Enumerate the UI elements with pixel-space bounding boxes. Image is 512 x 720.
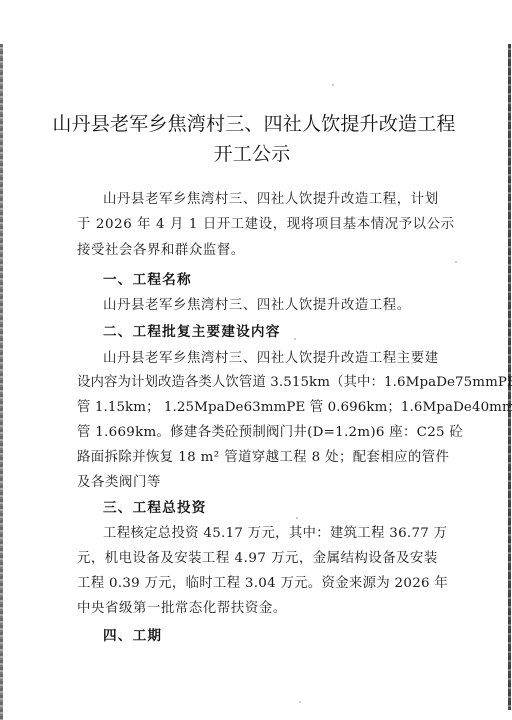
intro-line-2: 于 2026 年 4 月 1 日开工建设，现将项目基本情况予以公示 bbox=[77, 216, 455, 234]
section-3-line-1: 工程核定总投资 45.17 万元，其中：建筑工程 36.77 万 bbox=[103, 525, 447, 543]
section-2-line-6: 及各类阀门等 bbox=[77, 474, 161, 492]
section-2-line-5: 路面拆除并恢复 18 m² 管道穿越工程 8 处；配套相应的管件 bbox=[77, 449, 449, 467]
intro-line-3: 接受社会各界和群众监督。 bbox=[77, 242, 245, 260]
scan-speck bbox=[332, 84, 334, 86]
section-2-line-1: 山丹县老军乡焦湾村三、四社人饮提升改造工程主要建 bbox=[103, 350, 439, 368]
section-2-line-2: 设内容为计划改造各类人饮管道 3.515km（其中：1.6MpaDe75mmPE bbox=[77, 374, 512, 392]
section-heading-total-investment: 三、工程总投资 bbox=[103, 499, 207, 517]
document-subtitle: 开工公示 bbox=[0, 139, 508, 166]
section-3-line-4: 中央省级第一批常态化帮扶资金。 bbox=[77, 600, 287, 618]
intro-line-1: 山丹县老军乡焦湾村三、四社人饮提升改造工程，计划 bbox=[103, 191, 439, 209]
section-heading-construction-content: 二、工程批复主要建设内容 bbox=[103, 323, 281, 341]
section-heading-project-name: 一、工程名称 bbox=[103, 271, 192, 289]
scan-speck bbox=[299, 701, 301, 703]
document-title: 山丹县老军乡焦湾村三、四社人饮提升改造工程 bbox=[0, 109, 510, 136]
section-2-line-3: 管 1.15km； 1.25MpaDe63mmPE 管 0.696km；1.6M… bbox=[77, 399, 512, 417]
section-heading-construction-period: 四、工期 bbox=[103, 627, 162, 645]
scan-speck bbox=[455, 261, 457, 263]
section-2-line-4: 管 1.669km。修建各类砼预制阀门井(D=1.2m)6 座：C25 砼 bbox=[77, 424, 463, 442]
section-3-line-2: 元，机电设备及安装工程 4.97 万元，金属结构设备及安装 bbox=[77, 550, 438, 568]
scan-speck bbox=[296, 517, 298, 519]
section-3-line-3: 工程 0.39 万元，临时工程 3.04 万元。资金来源为 2026 年 bbox=[77, 575, 448, 593]
scan-speck bbox=[294, 338, 296, 340]
scanned-document-page: 山丹县老军乡焦湾村三、四社人饮提升改造工程 开工公示 山丹县老军乡焦湾村三、四社… bbox=[0, 0, 512, 720]
section-1-line-1: 山丹县老军乡焦湾村三、四社人饮提升改造工程。 bbox=[103, 297, 411, 315]
